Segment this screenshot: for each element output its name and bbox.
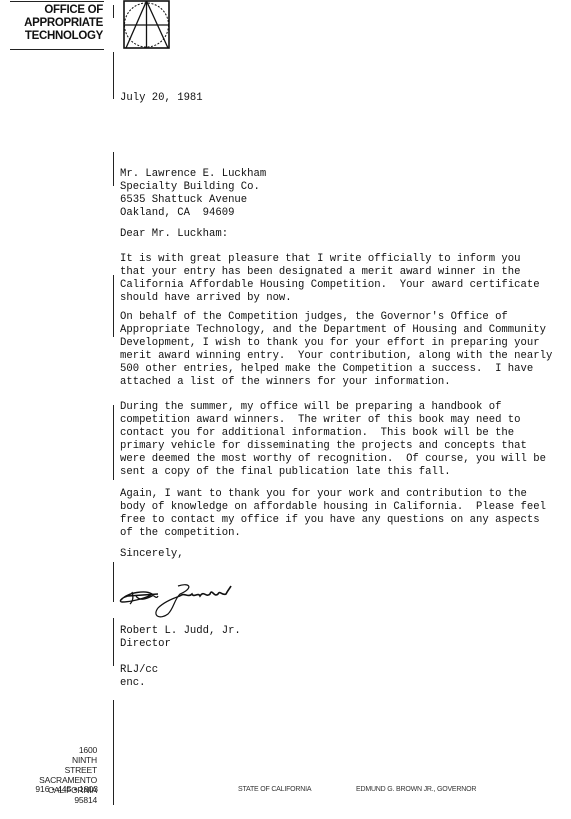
body-paragraph-2: On behalf of the Competition judges, the… bbox=[120, 311, 552, 390]
margin-rule bbox=[113, 52, 114, 99]
org-line: OFFICE OF bbox=[0, 4, 103, 17]
recipient-address: Mr. Lawrence E. LuckhamSpecialty Buildin… bbox=[120, 168, 266, 220]
paragraph-line: Development, I wish to thank you for you… bbox=[120, 337, 552, 350]
address-line: STREET bbox=[39, 765, 97, 775]
paragraph-line: contact you for additional information. … bbox=[120, 427, 546, 440]
body-paragraph-1: It is with great pleasure that I write o… bbox=[120, 253, 540, 305]
body-paragraph-3: During the summer, my office will be pre… bbox=[120, 401, 546, 480]
signer-name: Robert L. Judd, Jr. bbox=[120, 625, 241, 638]
margin-rule bbox=[113, 700, 114, 805]
paragraph-line: were deemed the most worthy of recogniti… bbox=[120, 453, 546, 466]
paragraph-line: California Affordable Housing Competitio… bbox=[120, 279, 540, 292]
paragraph-line: Again, I want to thank you for your work… bbox=[120, 488, 546, 501]
footer-phone: 916 • 445 • 1803 bbox=[18, 784, 98, 794]
paragraph-line: primary vehicle for disseminating the pr… bbox=[120, 440, 546, 453]
paragraph-line: sent a copy of the final publication lat… bbox=[120, 466, 546, 479]
paragraph-line: During the summer, my office will be pre… bbox=[120, 401, 546, 414]
paragraph-line: On behalf of the Competition judges, the… bbox=[120, 311, 552, 324]
body-paragraph-4: Again, I want to thank you for your work… bbox=[120, 488, 546, 540]
salutation: Dear Mr. Luckham: bbox=[120, 228, 228, 241]
paragraph-line: of the competition. bbox=[120, 527, 546, 540]
footer-address: 1600 NINTH STREET SACRAMENTO CALIFORNIA … bbox=[39, 745, 97, 805]
footer-governor: EDMUND G. BROWN JR., GOVERNOR bbox=[356, 786, 476, 793]
signer-title: Director bbox=[120, 638, 241, 651]
margin-rule bbox=[113, 275, 114, 337]
initials: RLJ/cc bbox=[120, 664, 158, 677]
org-line: APPROPRIATE bbox=[0, 17, 103, 30]
paragraph-line: body of knowledge on affordable housing … bbox=[120, 501, 546, 514]
paragraph-line: Appropriate Technology, and the Departme… bbox=[120, 324, 552, 337]
enclosure-notation: enc. bbox=[120, 677, 158, 690]
handwritten-signature-icon bbox=[118, 584, 233, 620]
appropriate-technology-logo-icon bbox=[123, 0, 171, 50]
margin-rule bbox=[113, 562, 114, 602]
letter-date: July 20, 1981 bbox=[120, 92, 203, 105]
footer-state: STATE OF CALIFORNIA bbox=[238, 786, 311, 793]
margin-rule bbox=[113, 5, 114, 18]
closing: Sincerely, bbox=[120, 548, 184, 561]
paragraph-line: should have arrived by now. bbox=[120, 292, 540, 305]
paragraph-line: 500 other entries, helped make the Compe… bbox=[120, 363, 552, 376]
signer-block: Robert L. Judd, Jr.Director bbox=[120, 625, 241, 651]
letterhead-bottom-rule bbox=[10, 49, 104, 50]
letterhead-org-name: OFFICE OF APPROPRIATE TECHNOLOGY bbox=[0, 4, 103, 43]
address-line: 95814 bbox=[39, 795, 97, 805]
reference-block: RLJ/ccenc. bbox=[120, 664, 158, 690]
paragraph-line: attached a list of the winners for your … bbox=[120, 376, 552, 389]
margin-rule bbox=[113, 405, 114, 480]
paragraph-line: that your entry has been designated a me… bbox=[120, 266, 540, 279]
paragraph-line: merit award winning entry. Your contribu… bbox=[120, 350, 552, 363]
recipient-company: Specialty Building Co. bbox=[120, 181, 266, 194]
letterhead-top-rule bbox=[10, 1, 104, 2]
margin-rule bbox=[113, 618, 114, 666]
org-line: TECHNOLOGY bbox=[0, 30, 103, 43]
address-line: NINTH bbox=[39, 755, 97, 765]
recipient-city: Oakland, CA 94609 bbox=[120, 207, 266, 220]
recipient-name: Mr. Lawrence E. Luckham bbox=[120, 168, 266, 181]
paragraph-line: It is with great pleasure that I write o… bbox=[120, 253, 540, 266]
margin-rule bbox=[113, 152, 114, 186]
address-line: 1600 bbox=[39, 745, 97, 755]
paragraph-line: competition award winners. The writer of… bbox=[120, 414, 546, 427]
paragraph-line: free to contact my office if you have an… bbox=[120, 514, 546, 527]
recipient-street: 6535 Shattuck Avenue bbox=[120, 194, 266, 207]
